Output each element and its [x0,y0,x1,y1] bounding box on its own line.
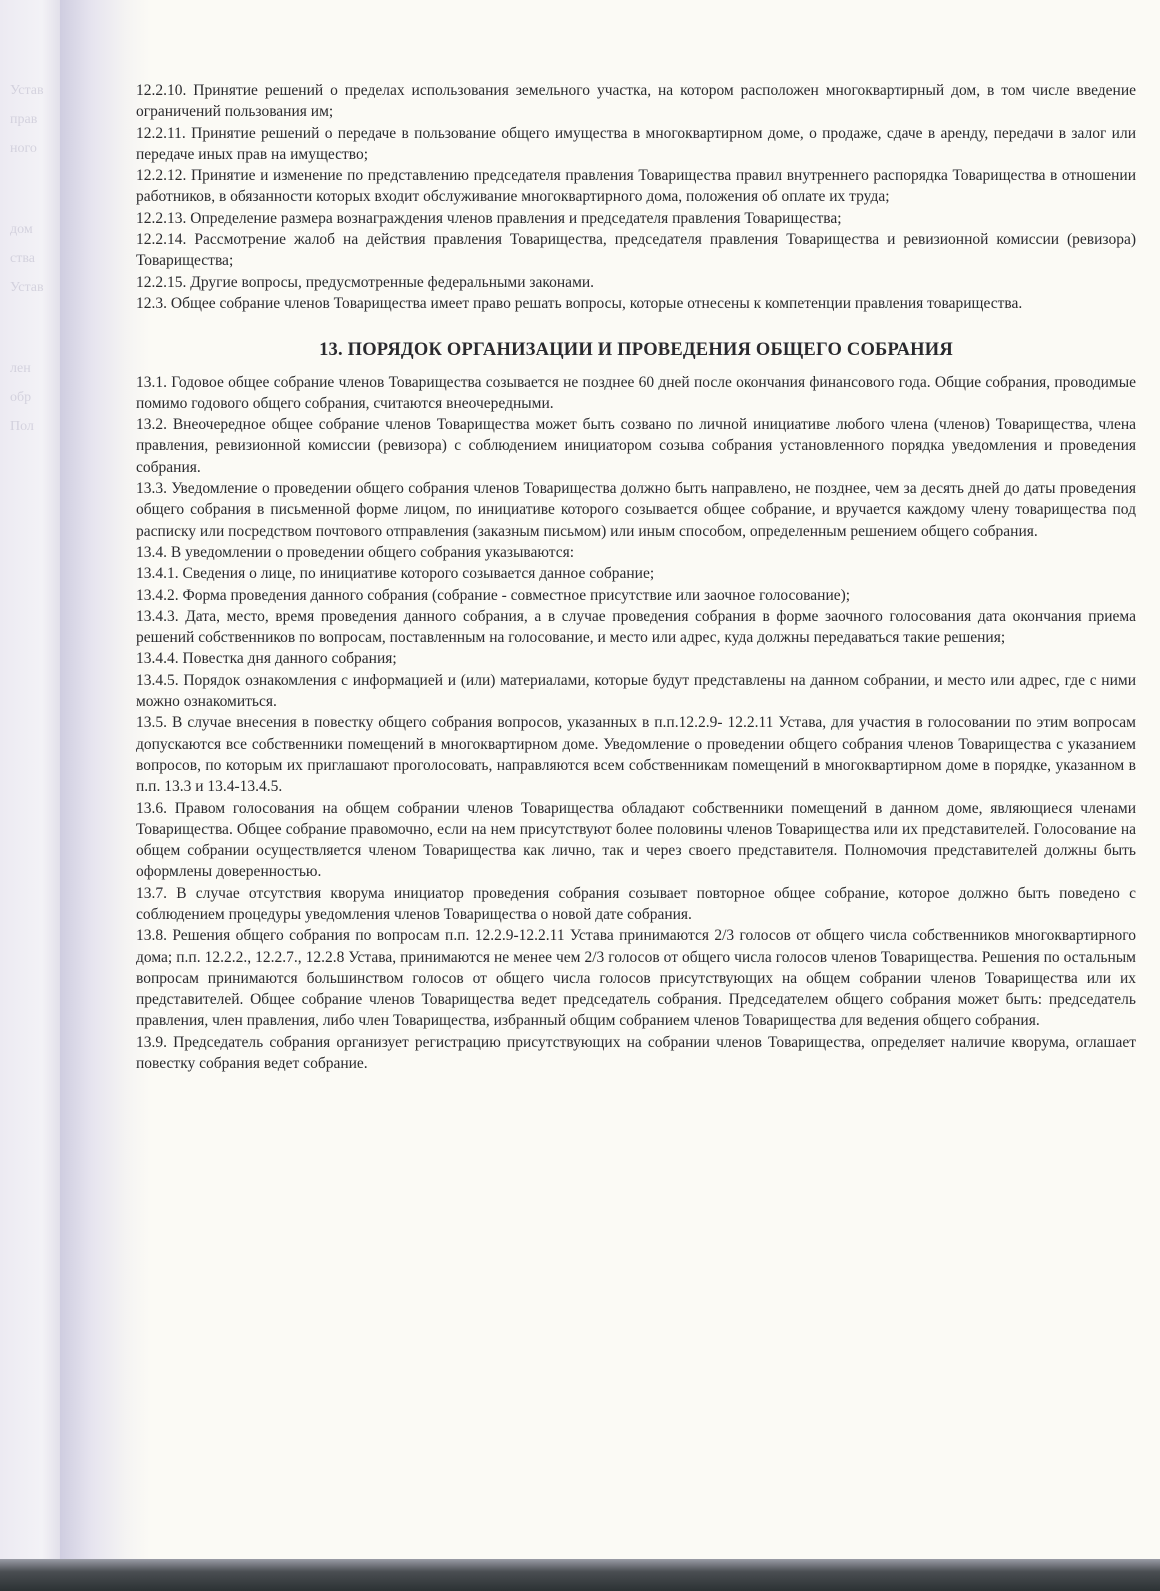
section-13-items: 13.1. Годовое общее собрание членов Това… [136,372,1136,1075]
clause-paragraph: 13.6. Правом голосования на общем собран… [136,798,1136,883]
clause-paragraph: 12.2.12. Принятие и изменение по предста… [136,165,1136,208]
clause-paragraph: 13.4.5. Порядок ознакомления с информаци… [136,670,1136,713]
clause-paragraph: 13.4.1. Сведения о лице, по инициативе к… [136,563,1136,584]
ghost-line: лен [10,358,60,379]
ghost-line: Пол [10,416,60,437]
ghost-line: прав [10,109,60,130]
ghost-line: дом [10,219,60,240]
clause-paragraph: 12.2.11. Принятие решений о передаче в п… [136,123,1136,166]
ghost-line: Устав [10,80,60,101]
clause-paragraph: 12.2.10. Принятие решений о пределах исп… [136,80,1136,123]
ghost-line: Устав [10,277,60,298]
clause-paragraph: 13.4.2. Форма проведения данного собрани… [136,585,1136,606]
clause-paragraph: 12.2.14. Рассмотрение жалоб на действия … [136,229,1136,272]
clause-paragraph: 12.3. Общее собрание членов Товарищества… [136,293,1136,314]
section-13-heading: 13. ПОРЯДОК ОРГАНИЗАЦИИ И ПРОВЕДЕНИЯ ОБЩ… [136,340,1136,361]
clause-paragraph: 13.9. Председатель собрания организует р… [136,1032,1136,1075]
clause-paragraph: 13.4.4. Повестка дня данного собрания; [136,648,1136,669]
ghost-line: ства [10,248,60,269]
clause-paragraph: 13.4.3. Дата, место, время проведения да… [136,606,1136,649]
clause-paragraph: 12.2.15. Другие вопросы, предусмотренные… [136,272,1136,293]
adjacent-page-edge: УставправногодомстваУставленобрПол [0,0,60,1560]
clause-paragraph: 13.4. В уведомлении о проведении общего … [136,542,1136,563]
clause-paragraph: 13.5. В случае внесения в повестку общег… [136,712,1136,797]
clause-paragraph: 13.1. Годовое общее собрание членов Това… [136,372,1136,415]
clause-paragraph: 13.3. Уведомление о проведении общего со… [136,478,1136,542]
clause-paragraph: 13.7. В случае отсутствия кворума инициа… [136,883,1136,926]
document-page: 12.2.10. Принятие решений о пределах исп… [136,80,1136,1074]
ghost-line: обр [10,387,60,408]
section-12-items: 12.2.10. Принятие решений о пределах исп… [136,80,1136,314]
ghost-line: ного [10,138,60,159]
scanner-bottom-edge [0,1559,1160,1591]
clause-paragraph: 13.8. Решения общего собрания по вопроса… [136,925,1136,1031]
clause-paragraph: 13.2. Внеочередное общее собрание членов… [136,414,1136,478]
adjacent-page-ghost-text: УставправногодомстваУставленобрПол [10,80,60,497]
clause-paragraph: 12.2.13. Определение размера вознагражде… [136,208,1136,229]
